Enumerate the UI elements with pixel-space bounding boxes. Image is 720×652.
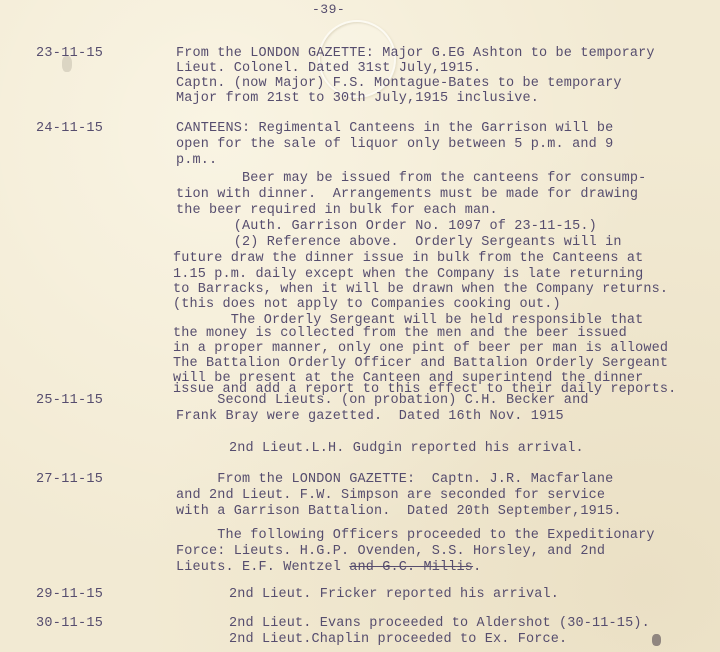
entry-line: Frank Bray were gazetted. Dated 16th Nov… [176,409,564,424]
entry-line: 2nd Lieut. Evans proceeded to Aldershot … [229,616,650,631]
entry-line: Captn. (now Major) F.S. Montague-Bates t… [176,76,622,91]
entry-text: Lieuts. E.F. Wentzel [176,560,349,575]
entry-line: Beer may be issued from the canteens for… [176,171,646,186]
entry-line: 2nd Lieut.L.H. Gudgin reported his arriv… [229,441,584,456]
entry-text: . [473,560,481,575]
entry-line: Major from 21st to 30th July,1915 inclus… [176,91,539,106]
entry-line: to Barracks, when it will be drawn when … [173,282,668,297]
entry-line: tion with dinner. Arrangements must be m… [176,187,638,202]
entry-line: 2nd Lieut.Chaplin proceeded to Ex. Force… [229,632,567,647]
entry-date: 30-11-15 [36,616,103,631]
entry-line: the money is collected from the men and … [173,326,627,341]
entry-date: 29-11-15 [36,587,103,602]
struck-out-text: and G.C. Millis [349,560,473,575]
entry-line: p.m.. [176,153,217,168]
entry-date: 27-11-15 [36,472,103,487]
entry-line: The Battalion Orderly Officer and Battal… [173,356,668,371]
entry-line: (2) Reference above. Orderly Sergeants w… [176,235,622,250]
ink-blot [652,634,661,646]
page-number: -39- [312,2,345,17]
entry-line: 1.15 p.m. daily except when the Company … [173,267,643,282]
entry-date: 25-11-15 [36,393,103,408]
entry-line: and 2nd Lieut. F.W. Simpson are seconded… [176,488,605,503]
entry-line: (this does not apply to Companies cookin… [173,297,561,312]
entry-line: From the LONDON GAZETTE: Major G.EG Asht… [176,46,655,61]
entry-line: open for the sale of liquor only between… [176,137,613,152]
entry-line: 2nd Lieut. Fricker reported his arrival. [229,587,559,602]
entry-date: 24-11-15 [36,121,103,136]
entry-line: Second Lieuts. (on probation) C.H. Becke… [176,393,589,408]
document-page: -39- 23-11-15 From the LONDON GAZETTE: M… [0,0,720,652]
entry-line: (Auth. Garrison Order No. 1097 of 23-11-… [176,219,597,234]
entry-line: Lieut. Colonel. Dated 31st July,1915. [176,61,481,76]
entry-line: with a Garrison Battalion. Dated 20th Se… [176,504,622,519]
entry-date: 23-11-15 [36,46,103,61]
entry-line: CANTEENS: Regimental Canteens in the Gar… [176,121,613,136]
entry-line: the beer required in bulk for each man. [176,203,498,218]
entry-line: in a proper manner, only one pint of bee… [173,341,668,356]
entry-line: Force: Lieuts. H.G.P. Ovenden, S.S. Hors… [176,544,605,559]
entry-line-with-strikethrough: Lieuts. E.F. Wentzel and G.C. Millis. [176,560,481,575]
entry-line: From the LONDON GAZETTE: Captn. J.R. Mac… [176,472,613,487]
entry-line: The following Officers proceeded to the … [176,528,655,543]
entry-line: future draw the dinner issue in bulk fro… [173,251,643,266]
